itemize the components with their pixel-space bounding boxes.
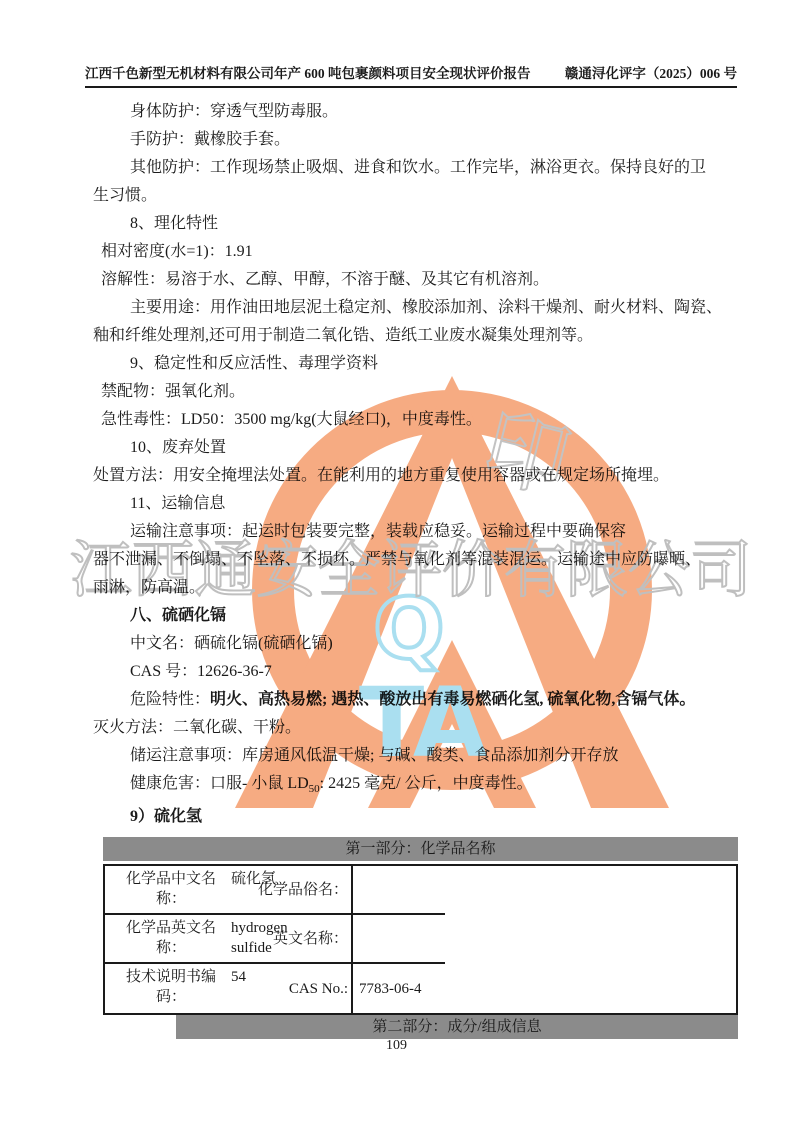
page-number: 109 (0, 1038, 793, 1054)
section-8-cadmium-heading: 八、硫硒化镉 (93, 602, 739, 630)
report-page: 江西千色新型无机材料有限公司年产 600 吨包裹颜料项目安全现状评价报告 赣通浔… (0, 0, 793, 1122)
label-tech-sheet-code: 技术说明书编 码： (115, 967, 227, 1013)
section-9-heading: 9、稳定性和反应活性、毒理学资料 (93, 350, 739, 378)
line-transport-notes: 运输注意事项：起运时包装要完整，装载应稳妥。运输过程中要确保容 (93, 518, 739, 546)
line-other-protection-cont: 生习惯。 (93, 187, 157, 204)
value-cas-no: 7783-06-4 (351, 964, 445, 1013)
line-transport-notes-cont: 器不泄漏、不倒塌、不坠落、不损坏。严禁与氧化剂等混装混运。运输途中应防曝晒、 (93, 551, 701, 568)
line-other-protection: 其他防护：工作现场禁止吸烟、进食和饮水。工作完毕，淋浴更衣。保持良好的卫 (93, 154, 739, 182)
section-8-heading: 8、理化特性 (93, 210, 739, 238)
line-storage-notes: 储运注意事项：库房通风低温干燥; 与碱、酸类、食品添加剂分开存放 (93, 742, 739, 770)
value-english-alias (351, 915, 445, 962)
label-common-name: 化学品俗名： (258, 880, 348, 900)
line-main-uses: 主要用途：用作油田地层泥土稳定剂、橡胶添加剂、涂料干燥剂、耐火材料、陶瓷、 (93, 294, 739, 322)
value-common-name (351, 866, 445, 913)
line-acute-toxicity: 急性毒性：LD50：3500 mg/kg(大鼠经口)，中度毒性。 (93, 406, 739, 434)
line-fire-fighting: 灭火方法：二氧化碳、干粉。 (93, 719, 301, 736)
label-english-name: 化学品英文名 称： (115, 918, 227, 962)
section-10-heading: 10、废弃处置 (93, 434, 739, 462)
line-main-uses-cont: 釉和纤维处理剂,还可用于制造二氧化锆、造纸工业废水凝集处理剂等。 (93, 327, 593, 344)
line-incompatibles: 禁配物：强氧化剂。 (93, 378, 739, 406)
msds-table: 第一部分：化学品名称 化学品中文名 称： 硫化氢 化学品俗名： (103, 837, 738, 1039)
table-row-english-name: 化学品英文名 称： hydrogen sulfide 英文名称： (105, 915, 445, 964)
table-merged-empty-cell (445, 866, 736, 1013)
label-english-alias: 英文名称： (273, 929, 348, 949)
table-section2-header: 第二部分：成分/组成信息 (176, 1015, 738, 1039)
label-cas-no: CAS No.: (289, 979, 348, 999)
line-health-hazard: 健康危害：口服- 小鼠 LD50: 2425 毫克/ 公斤，中度毒性。 (93, 770, 739, 803)
header-report-title: 江西千色新型无机材料有限公司年产 600 吨包裹颜料项目安全现状评价报告 (85, 62, 531, 82)
line-hand-protection: 手防护：戴橡胶手套。 (93, 126, 739, 154)
table-row-chinese-name: 化学品中文名 称： 硫化氢 化学品俗名： (105, 866, 445, 915)
table-section1-header: 第一部分：化学品名称 (103, 837, 738, 861)
chemical-name-table: 化学品中文名 称： 硫化氢 化学品俗名： 化学品英文名 称： (103, 864, 738, 1015)
line-hazard-characteristics: 危险特性：明火、高热易燃; 遇热、酸放出有毒易燃硒化氢, 硫氧化物,含镉气体。 (93, 686, 739, 714)
page-header: 江西千色新型无机材料有限公司年产 600 吨包裹颜料项目安全现状评价报告 赣通浔… (85, 62, 737, 88)
section-11-heading: 11、运输信息 (93, 490, 739, 518)
line-body-protection: 身体防护：穿透气型防毒服。 (93, 98, 739, 126)
line-chinese-name: 中文名：硒硫化镉(硫硒化镉) (93, 630, 739, 658)
line-cas-number: CAS 号：12626-36-7 (93, 658, 739, 686)
line-relative-density: 相对密度(水=1)：1.91 (93, 238, 739, 266)
header-doc-number: 赣通浔化评字（2025）006 号 (565, 62, 737, 82)
line-disposal-method: 处置方法：用安全掩埋法处置。在能利用的地方重复使用容器或在规定场所掩埋。 (93, 467, 669, 484)
table-row-tech-sheet: 技术说明书编 码： 54 CAS No.: 7783-06-4 (105, 964, 445, 1013)
body-content: 身体防护：穿透气型防毒服。 手防护：戴橡胶手套。 其他防护：工作现场禁止吸烟、进… (93, 98, 739, 1039)
label-chinese-name: 化学品中文名 称： (115, 869, 227, 913)
line-transport-notes-end: 雨淋，防高温。 (93, 579, 205, 596)
section-9-h2s-heading: 9）硫化氢 (93, 803, 739, 831)
line-solubility: 溶解性：易溶于水、乙醇、甲醇，不溶于醚、及其它有机溶剂。 (93, 266, 739, 294)
